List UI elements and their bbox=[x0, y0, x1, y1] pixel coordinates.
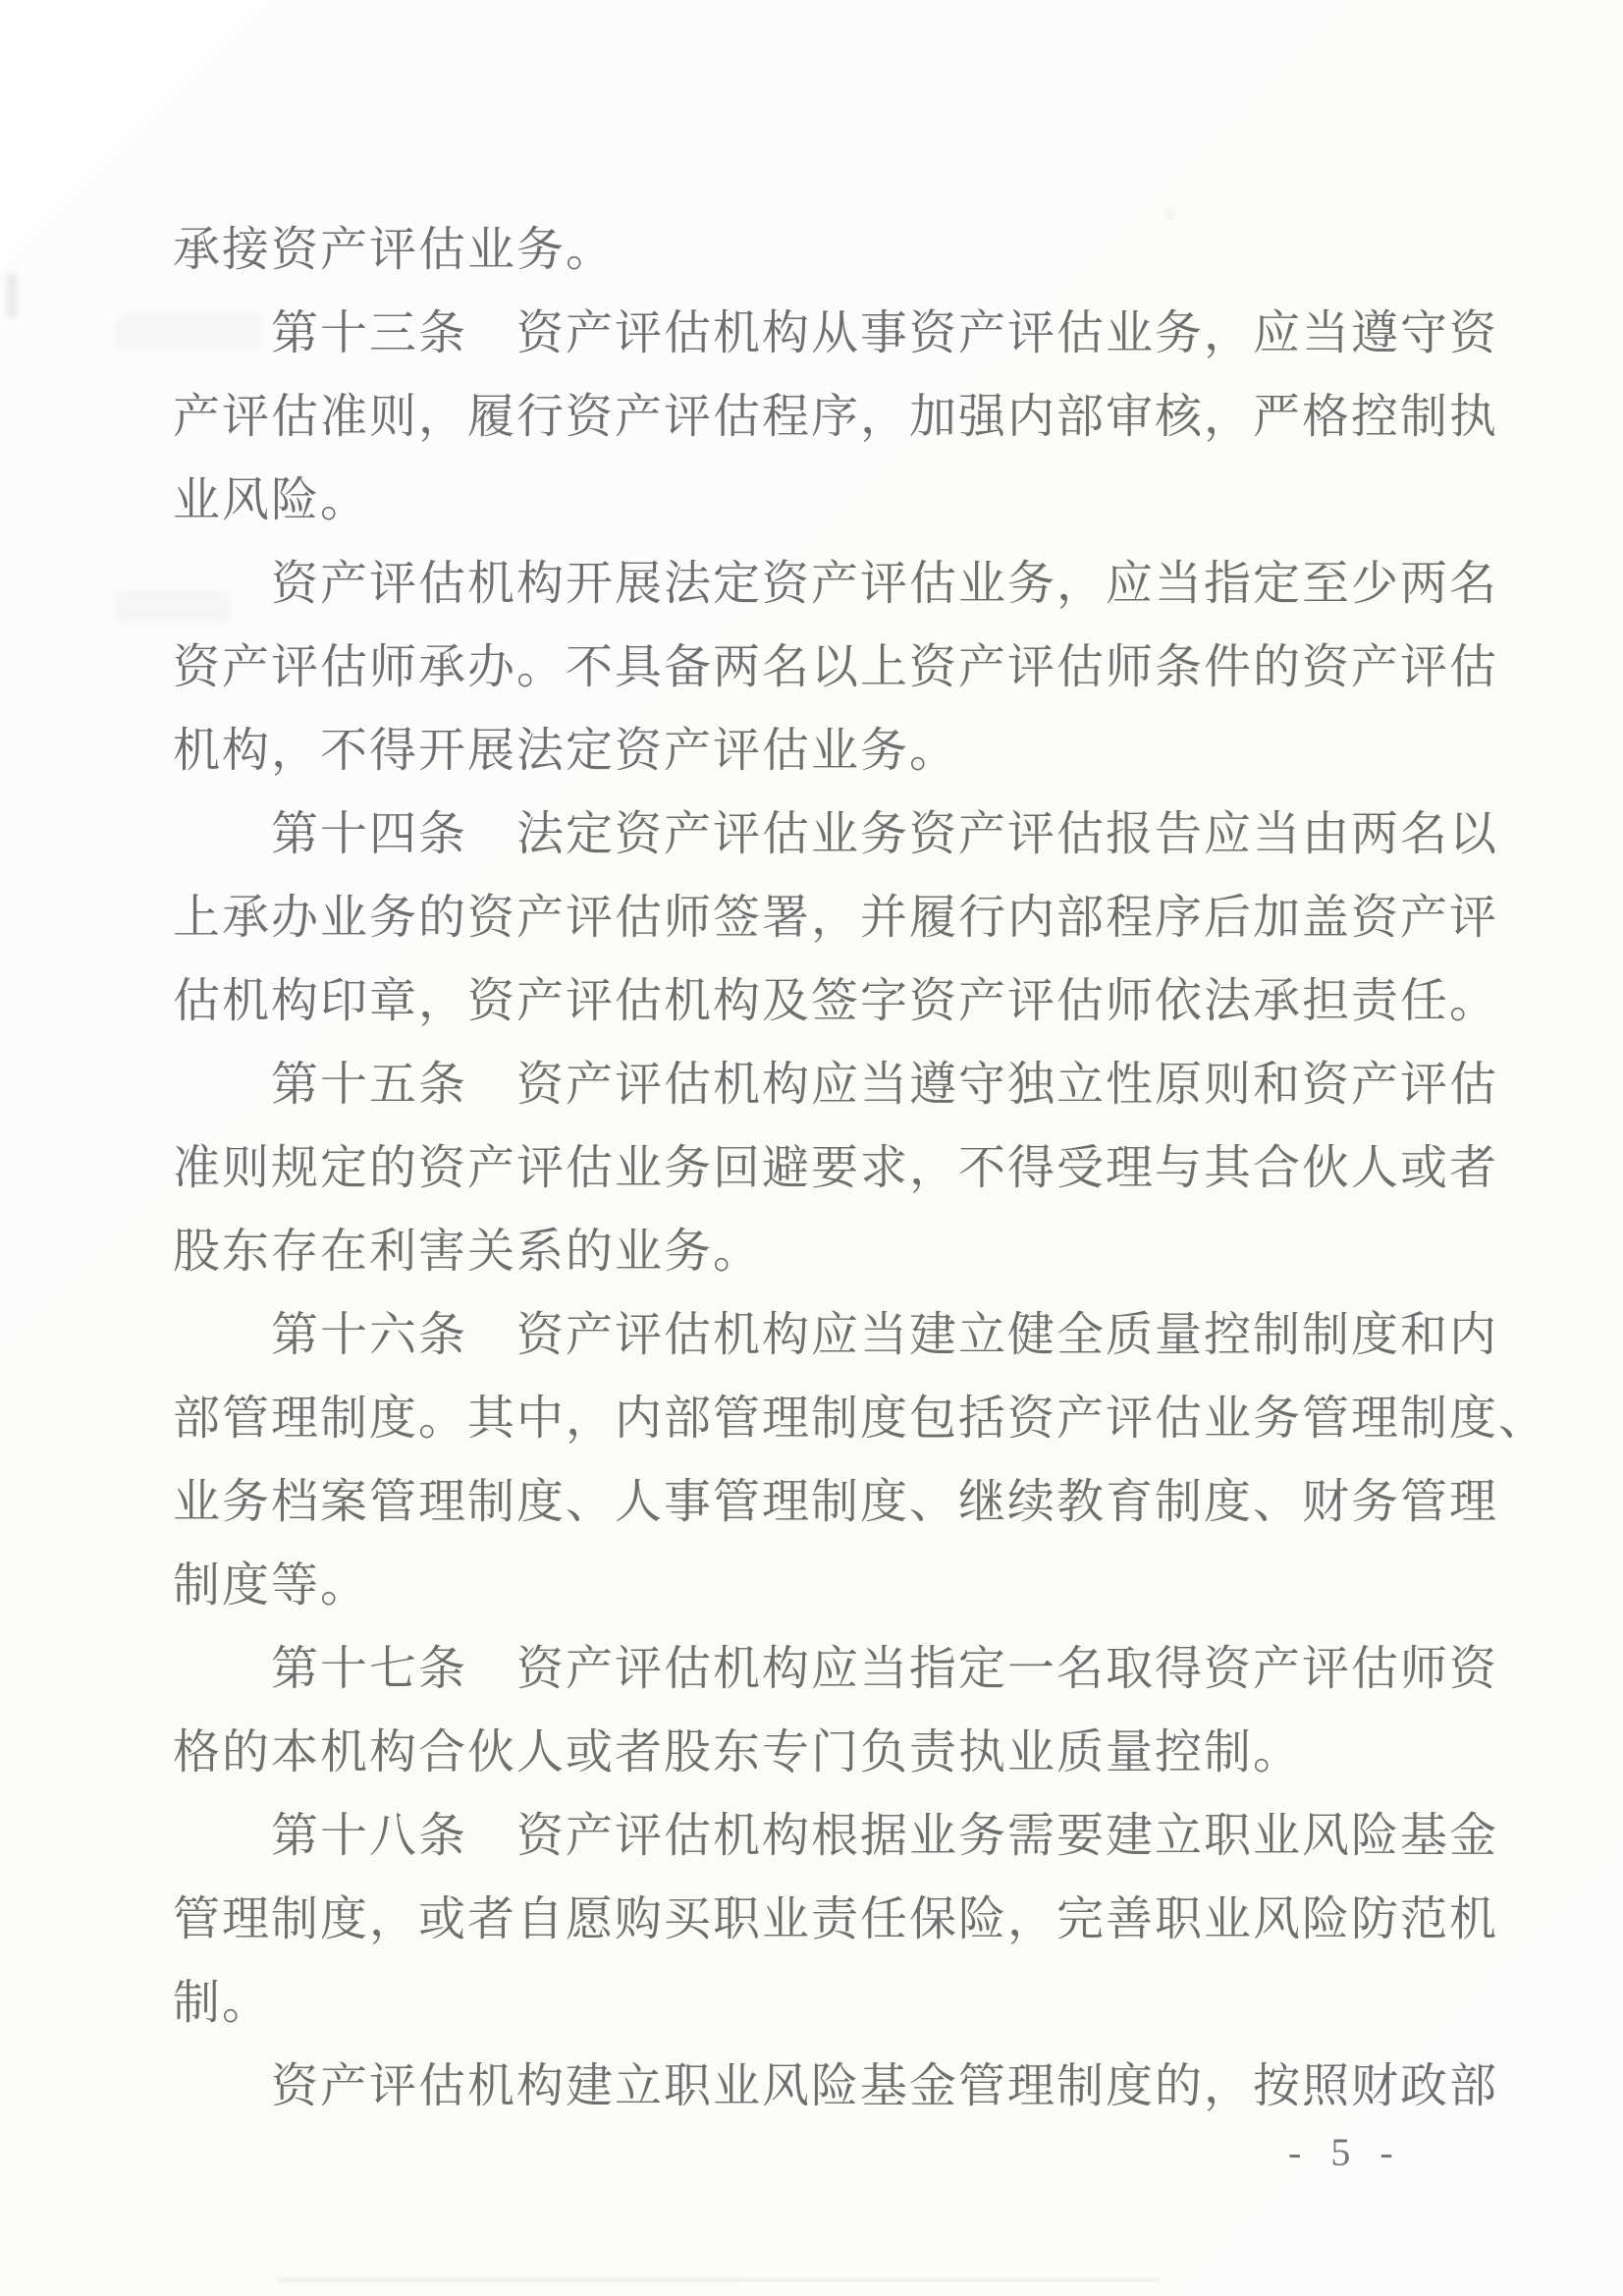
scan-artifact bbox=[6, 273, 18, 318]
text-line: 股东存在利害关系的业务。 bbox=[173, 1210, 1528, 1293]
text-line: 产评估准则，履行资产评估程序，加强内部审核，严格控制执 bbox=[173, 375, 1528, 459]
document-body: 承接资产评估业务。 第十三条 资产评估机构从事资产评估业务，应当遵守资 产评估准… bbox=[173, 208, 1528, 2128]
text-line: 制。 bbox=[173, 1961, 1528, 2045]
text-line: 制度等。 bbox=[173, 1544, 1528, 1627]
text-line: 资产评估机构建立职业风险基金管理制度的，按照财政部 bbox=[173, 2045, 1528, 2128]
text-line: 第十六条 资产评估机构应当建立健全质量控制制度和内 bbox=[173, 1293, 1528, 1377]
page-number: - 5 - bbox=[1288, 2129, 1403, 2175]
text-line: 第十七条 资产评估机构应当指定一名取得资产评估师资 bbox=[173, 1627, 1528, 1711]
text-line: 资产评估机构开展法定资产评估业务，应当指定至少两名 bbox=[173, 542, 1528, 626]
text-line: 第十三条 资产评估机构从事资产评估业务，应当遵守资 bbox=[173, 292, 1528, 375]
text-line: 承接资产评估业务。 bbox=[173, 208, 1528, 292]
text-line: 业风险。 bbox=[173, 459, 1528, 542]
scan-artifact bbox=[277, 2278, 1161, 2281]
text-line: 部管理制度。其中，内部管理制度包括资产评估业务管理制度、 bbox=[173, 1377, 1528, 1460]
text-line: 上承办业务的资产评估师签署，并履行内部程序后加盖资产评 bbox=[173, 876, 1528, 959]
text-line: 资产评估师承办。不具备两名以上资产评估师条件的资产评估 bbox=[173, 626, 1528, 709]
scanned-document-page: 承接资产评估业务。 第十三条 资产评估机构从事资产评估业务，应当遵守资 产评估准… bbox=[0, 0, 1623, 2296]
text-line: 管理制度，或者自愿购买职业责任保险，完善职业风险防范机 bbox=[173, 1878, 1528, 1961]
text-line: 估机构印章，资产评估机构及签字资产评估师依法承担责任。 bbox=[173, 959, 1528, 1043]
text-line: 第十四条 法定资产评估业务资产评估报告应当由两名以 bbox=[173, 793, 1528, 876]
text-line: 第十八条 资产评估机构根据业务需要建立职业风险基金 bbox=[173, 1794, 1528, 1878]
text-line: 机构，不得开展法定资产评估业务。 bbox=[173, 709, 1528, 793]
text-line: 格的本机构合伙人或者股东专门负责执业质量控制。 bbox=[173, 1711, 1528, 1794]
text-line: 第十五条 资产评估机构应当遵守独立性原则和资产评估 bbox=[173, 1043, 1528, 1126]
text-line: 准则规定的资产评估业务回避要求，不得受理与其合伙人或者 bbox=[173, 1126, 1528, 1210]
text-line: 业务档案管理制度、人事管理制度、继续教育制度、财务管理 bbox=[173, 1460, 1528, 1544]
